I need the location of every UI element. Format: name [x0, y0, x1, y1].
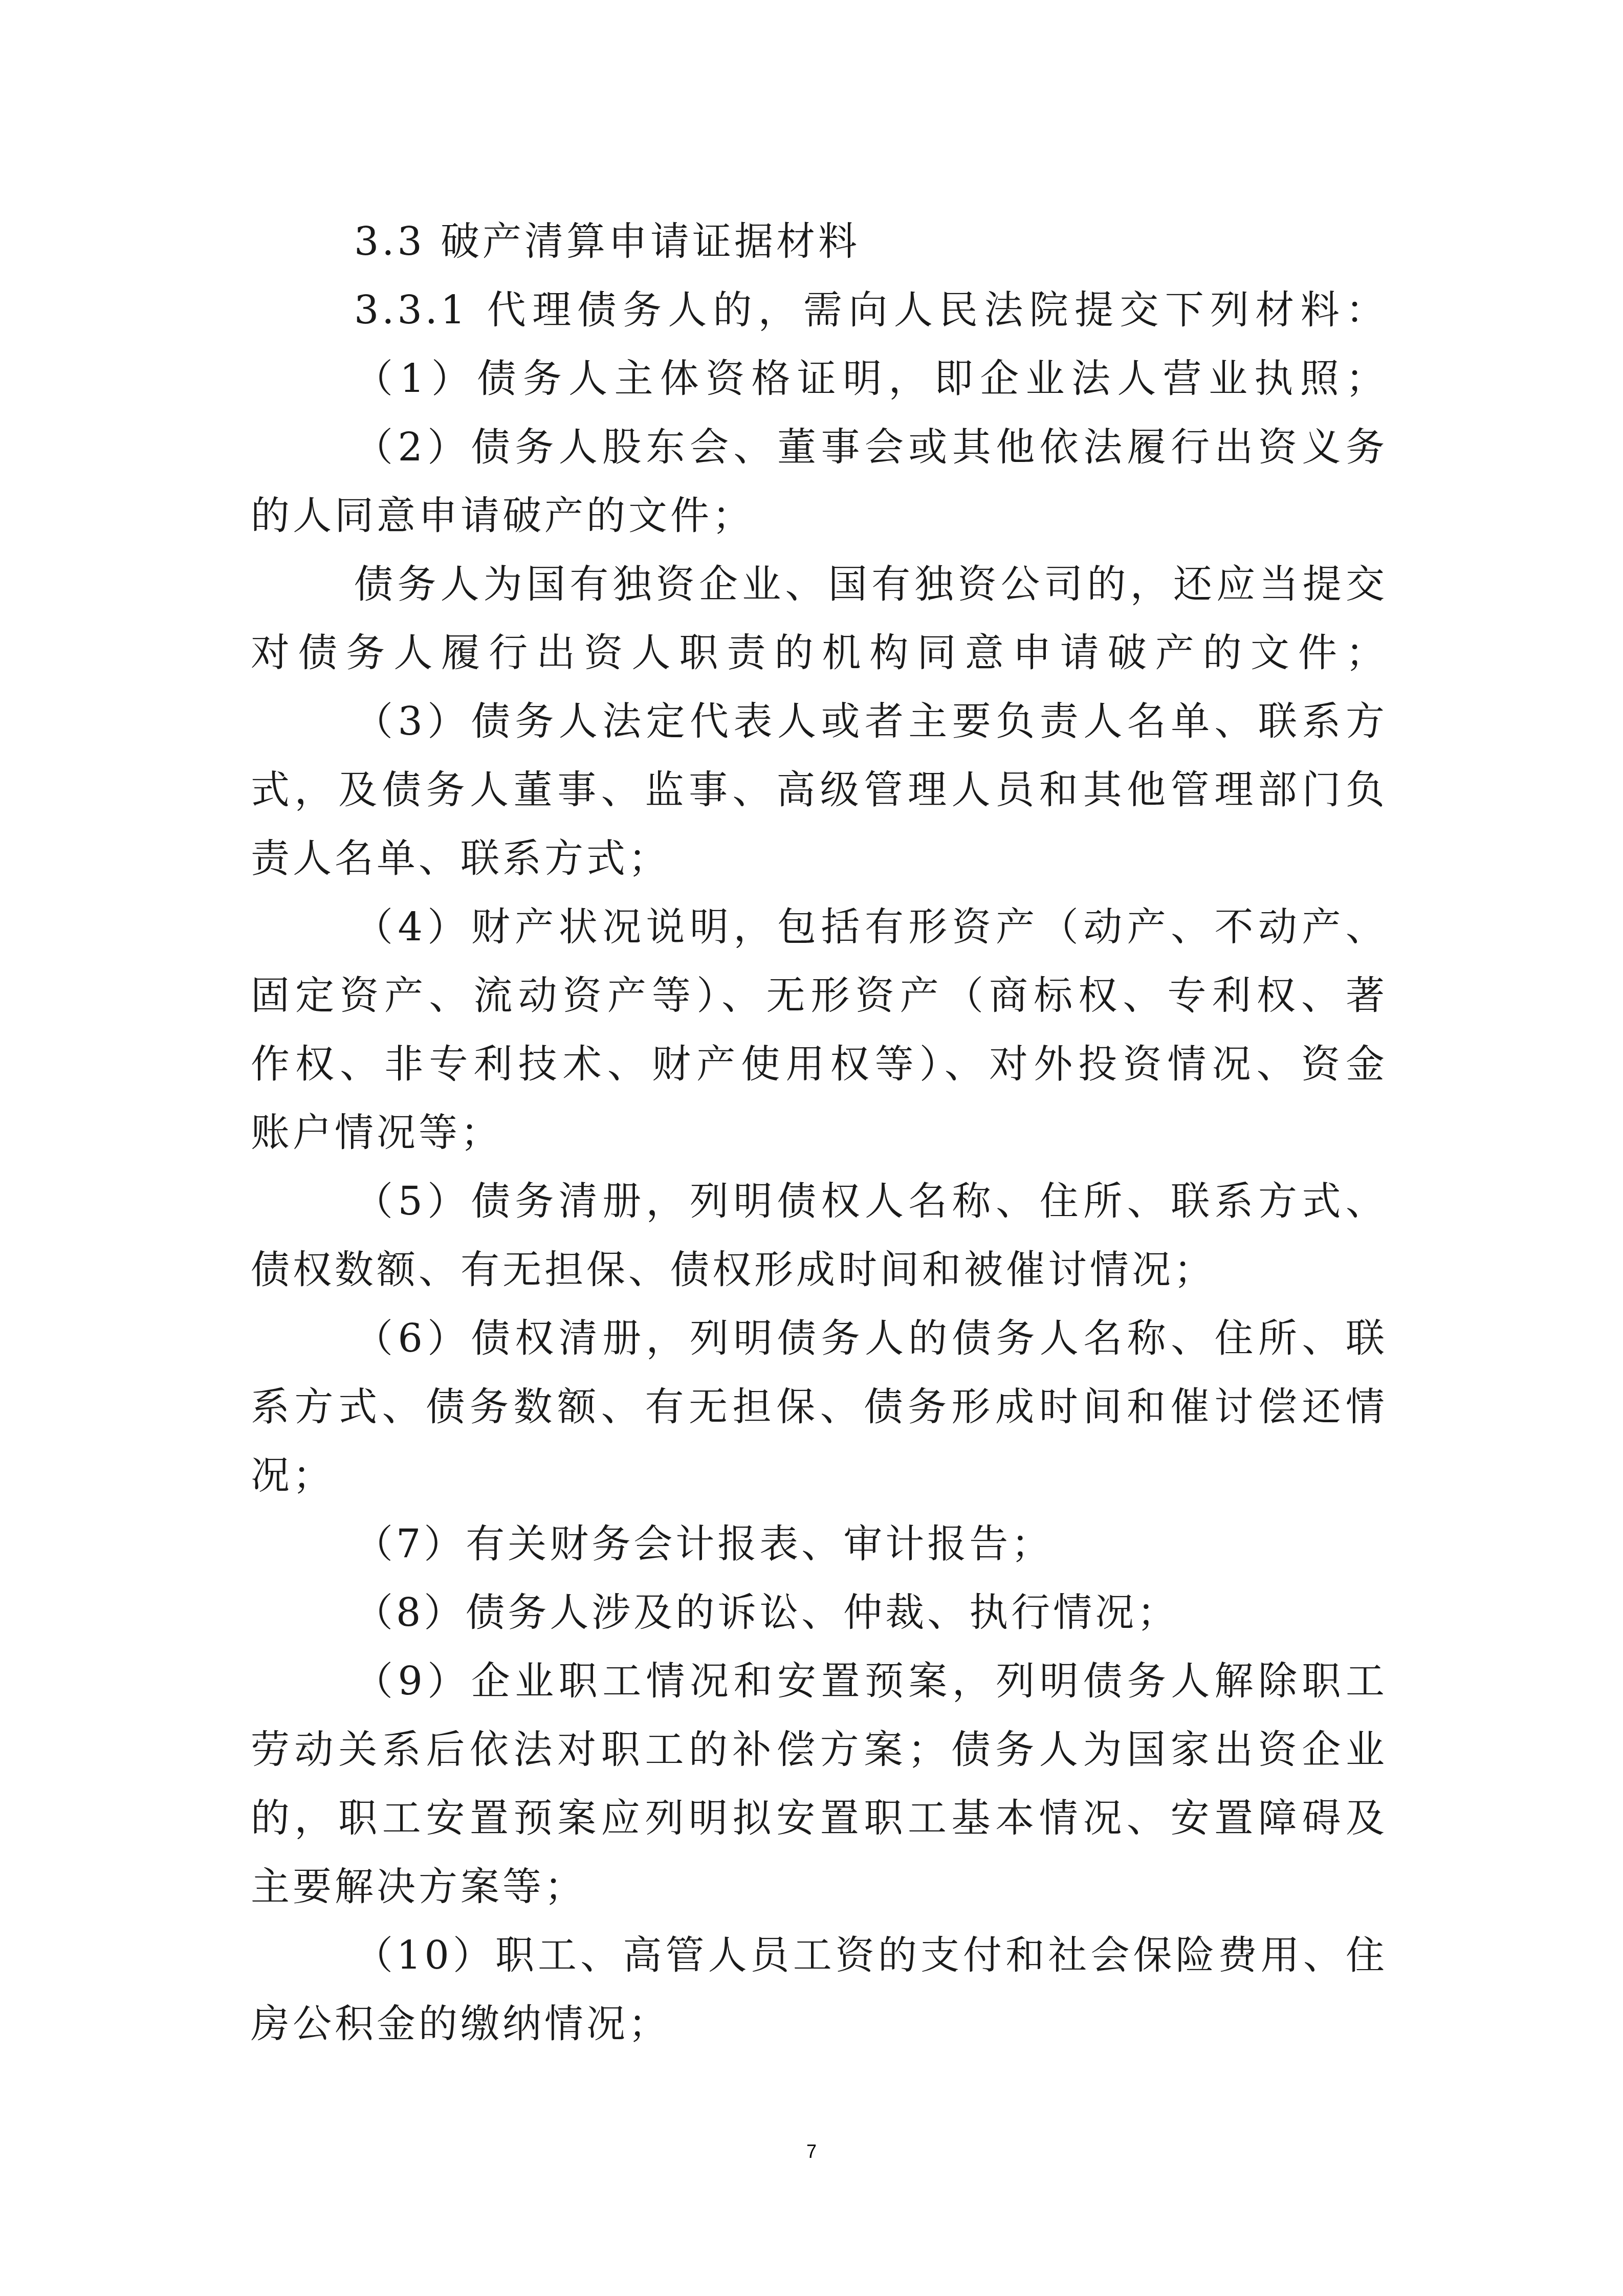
subsection-heading: 3.3.1 代理债务人的，需向人民法院提交下列材料： [251, 276, 1388, 344]
list-item-5-line-1: （5）债务清册，列明债权人名称、住所、联系方式、 [251, 1167, 1388, 1235]
list-item-6-line-3: 况； [251, 1441, 1388, 1510]
list-item-8: （8）债务人涉及的诉讼、仲裁、执行情况； [251, 1578, 1388, 1647]
list-item-9-line-3: 的，职工安置预案应列明拟安置职工基本情况、安置障碍及 [251, 1784, 1388, 1852]
list-item-2-note-line-1: 债务人为国有独资企业、国有独资公司的，还应当提交 [251, 550, 1388, 619]
list-item-3-line-2: 式，及债务人董事、监事、高级管理人员和其他管理部门负 [251, 756, 1388, 824]
section-heading: 3.3 破产清算申请证据材料 [251, 207, 1388, 276]
list-item-2-line-2: 的人同意申请破产的文件； [251, 481, 1388, 550]
list-item-1: （1）债务人主体资格证明，即企业法人营业执照； [251, 344, 1388, 413]
list-item-5-line-2: 债权数额、有无担保、债权形成时间和被催讨情况； [251, 1235, 1388, 1304]
list-item-4-line-1: （4）财产状况说明，包括有形资产（动产、不动产、 [251, 893, 1388, 961]
list-item-10-line-1: （10）职工、高管人员工资的支付和社会保险费用、住 [251, 1921, 1388, 1990]
list-item-6-line-2: 系方式、债务数额、有无担保、债务形成时间和催讨偿还情 [251, 1373, 1388, 1441]
list-item-10-line-2: 房公积金的缴纳情况； [251, 1990, 1388, 2058]
document-body: 3.3 破产清算申请证据材料 3.3.1 代理债务人的，需向人民法院提交下列材料… [251, 207, 1388, 2058]
list-item-9-line-2: 劳动关系后依法对职工的补偿方案；债务人为国家出资企业 [251, 1715, 1388, 1784]
list-item-7: （7）有关财务会计报表、审计报告； [251, 1510, 1388, 1578]
list-item-4-line-4: 账户情况等； [251, 1098, 1388, 1167]
list-item-2-line-1: （2）债务人股东会、董事会或其他依法履行出资义务 [251, 413, 1388, 481]
list-item-9-line-4: 主要解决方案等； [251, 1852, 1388, 1921]
list-item-4-line-2: 固定资产、流动资产等）、无形资产（商标权、专利权、著 [251, 961, 1388, 1030]
list-item-3-line-1: （3）债务人法定代表人或者主要负责人名单、联系方 [251, 687, 1388, 756]
list-item-6-line-1: （6）债权清册，列明债务人的债务人名称、住所、联 [251, 1304, 1388, 1373]
list-item-3-line-3: 责人名单、联系方式； [251, 824, 1388, 893]
list-item-4-line-3: 作权、非专利技术、财产使用权等）、对外投资情况、资金 [251, 1030, 1388, 1098]
list-item-9-line-1: （9）企业职工情况和安置预案，列明债务人解除职工 [251, 1647, 1388, 1715]
list-item-2-note-line-2: 对债务人履行出资人职责的机构同意申请破产的文件； [251, 619, 1388, 687]
document-page: 3.3 破产清算申请证据材料 3.3.1 代理债务人的，需向人民法院提交下列材料… [0, 0, 1623, 2296]
page-number: 7 [0, 2141, 1623, 2162]
